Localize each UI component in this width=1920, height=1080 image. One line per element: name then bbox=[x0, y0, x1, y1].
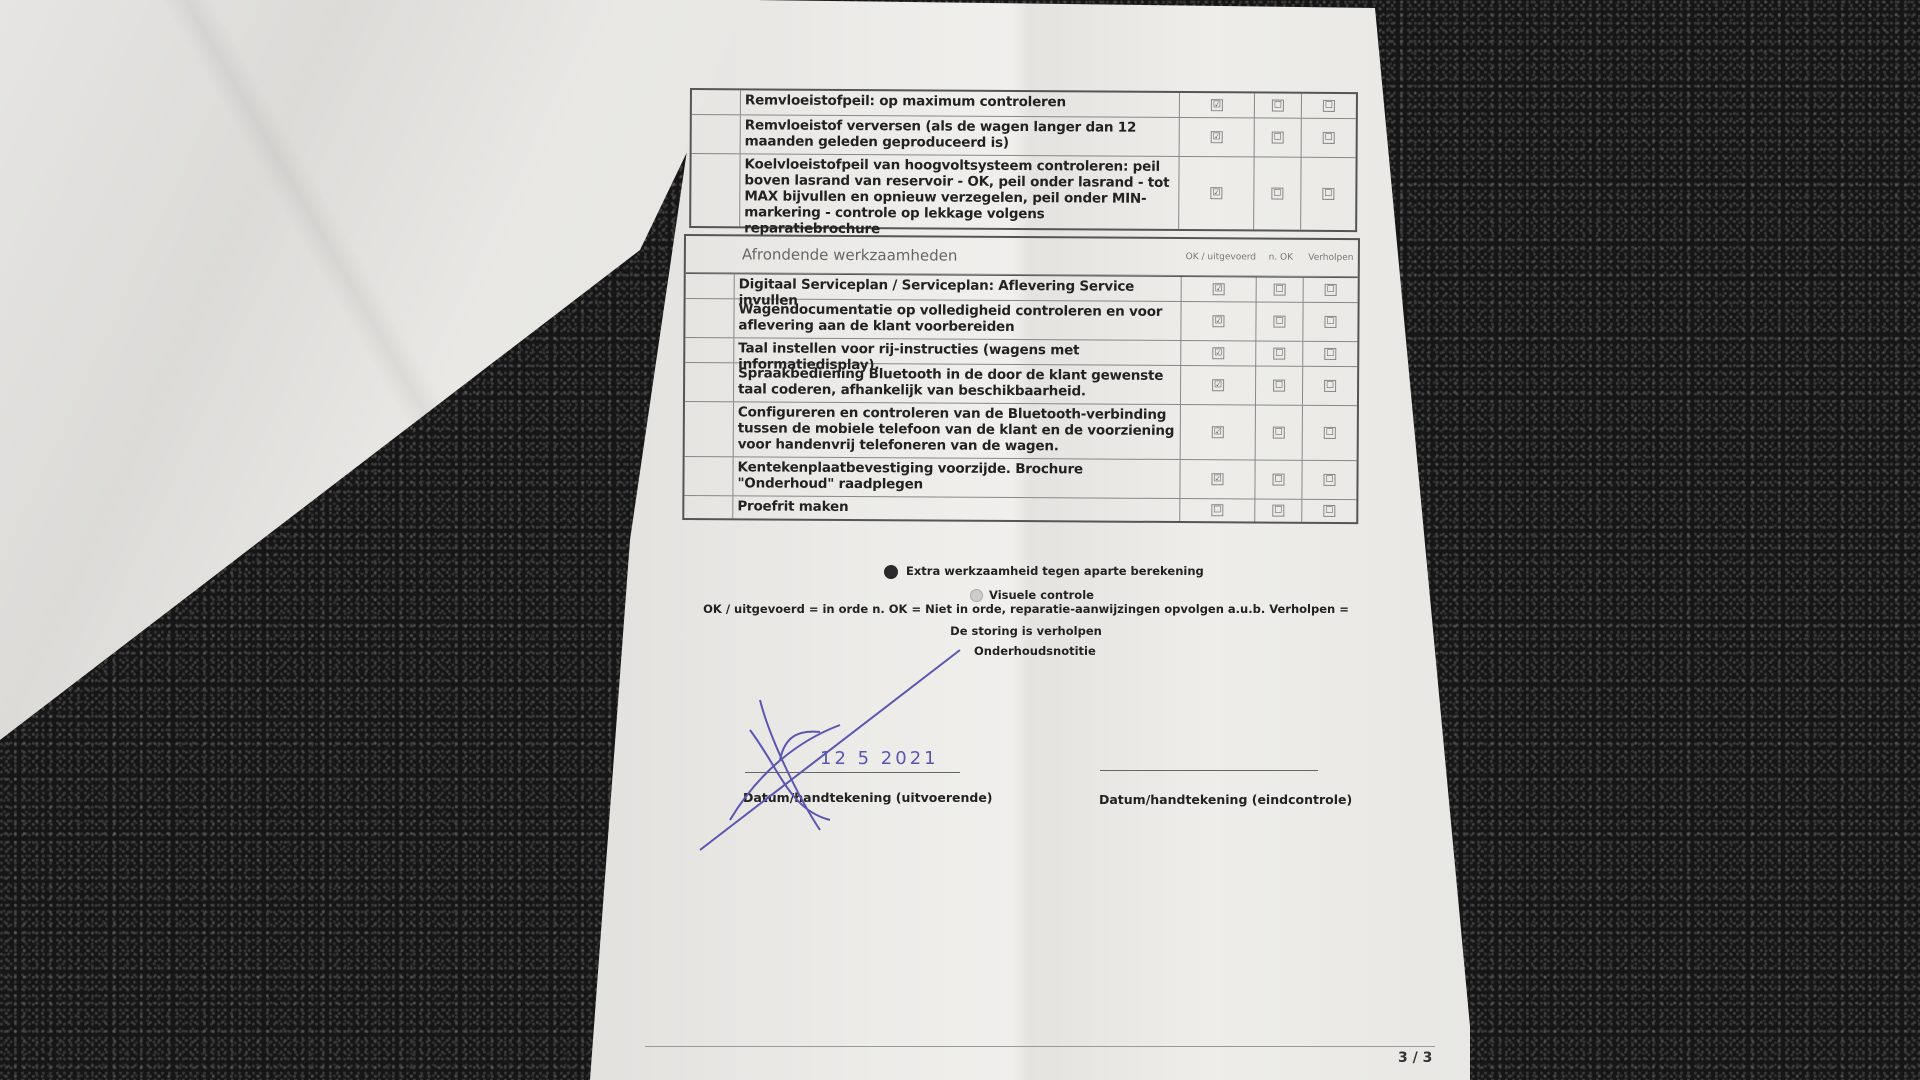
table-row: Wagendocumentatie op volledigheid contro… bbox=[685, 299, 1357, 342]
row-text: Proefrit maken bbox=[733, 496, 1179, 521]
fixed-checkbox[interactable]: ☐ bbox=[1324, 316, 1336, 328]
ok-checkbox[interactable]: ☑ bbox=[1211, 99, 1223, 111]
page-number: 3 / 3 bbox=[1398, 1050, 1432, 1066]
table-row: Kentekenplaatbevestiging voorzijde. Broc… bbox=[684, 457, 1356, 500]
fixed-checkbox[interactable]: ☐ bbox=[1323, 474, 1335, 486]
row-text: Taal instellen voor rij-instructies (wag… bbox=[734, 338, 1180, 365]
fixed-checkbox[interactable]: ☐ bbox=[1323, 132, 1335, 144]
nok-checkbox[interactable]: ☐ bbox=[1272, 474, 1284, 486]
footer-divider bbox=[645, 1046, 1435, 1047]
table-header: Afrondende werkzaamheden OK / uitgevoerd… bbox=[686, 236, 1358, 277]
nok-checkbox[interactable]: ☐ bbox=[1273, 348, 1285, 360]
col-header-ok: OK / uitgevoerd bbox=[1186, 252, 1256, 262]
row-text: Configureren en controleren van de Bluet… bbox=[734, 402, 1180, 459]
ok-checkbox[interactable]: ☑ bbox=[1212, 426, 1224, 438]
ok-checkbox[interactable]: ☑ bbox=[1211, 131, 1223, 143]
table-row: Spraakbediening Bluetooth in de door de … bbox=[685, 363, 1357, 406]
nok-checkbox[interactable]: ☐ bbox=[1273, 316, 1285, 328]
filled-circle-icon bbox=[884, 565, 898, 579]
ok-checkbox[interactable]: ☑ bbox=[1212, 347, 1224, 359]
handwritten-signature bbox=[690, 640, 990, 860]
document-content: Remvloeistofpeil: op maximum controleren… bbox=[0, 0, 1920, 1080]
table-row: Digitaal Serviceplan / Serviceplan: Afle… bbox=[686, 273, 1358, 303]
row-text: Kentekenplaatbevestiging voorzijde. Broc… bbox=[733, 457, 1179, 498]
checklist-table-fluids: Remvloeistofpeil: op maximum controleren… bbox=[689, 88, 1358, 232]
fixed-checkbox[interactable]: ☐ bbox=[1324, 380, 1336, 392]
nok-checkbox[interactable]: ☐ bbox=[1274, 284, 1286, 296]
nok-checkbox[interactable]: ☐ bbox=[1273, 427, 1285, 439]
fixed-checkbox[interactable]: ☐ bbox=[1323, 505, 1335, 517]
table-row: Proefrit maken ☐ ☐ ☐ bbox=[684, 496, 1356, 522]
row-text: Spraakbediening Bluetooth in de door de … bbox=[734, 363, 1180, 404]
legend-extra-text: Extra werkzaamheid tegen aparte berekeni… bbox=[906, 564, 1204, 578]
row-text: Remvloeistof verversen (als de wagen lan… bbox=[741, 115, 1179, 156]
ok-checkbox[interactable]: ☑ bbox=[1210, 187, 1222, 199]
fixed-checkbox[interactable]: ☐ bbox=[1323, 100, 1335, 112]
nok-checkbox[interactable]: ☐ bbox=[1272, 100, 1284, 112]
fixed-checkbox[interactable]: ☐ bbox=[1322, 188, 1334, 200]
table-row: Configureren en controleren van de Bluet… bbox=[685, 402, 1357, 461]
fixed-checkbox[interactable]: ☐ bbox=[1324, 427, 1336, 439]
table-row: Remvloeistof verversen (als de wagen lan… bbox=[692, 115, 1356, 158]
col-header-nok: n. OK bbox=[1269, 253, 1293, 263]
ok-checkbox[interactable]: ☑ bbox=[1212, 379, 1224, 391]
section-title: Afrondende werkzaamheden bbox=[686, 245, 1184, 266]
ok-checkbox[interactable]: ☑ bbox=[1211, 473, 1223, 485]
final-signature-label: Datum/handtekening (eindcontrole) bbox=[1099, 792, 1352, 807]
nok-checkbox[interactable]: ☐ bbox=[1273, 380, 1285, 392]
row-text: Koelvloeistofpeil van hoogvoltsysteem co… bbox=[740, 154, 1178, 229]
ok-checkbox[interactable]: ☑ bbox=[1213, 283, 1225, 295]
table-row: Koelvloeistofpeil van hoogvoltsysteem co… bbox=[691, 154, 1355, 230]
final-signature-line bbox=[1100, 770, 1318, 771]
row-text: Remvloeistofpeil: op maximum controleren bbox=[741, 90, 1179, 117]
row-text: Wagendocumentatie op volledigheid contro… bbox=[734, 299, 1180, 340]
legend-explanation: OK / uitgevoerd = in orde n. OK = Niet i… bbox=[696, 598, 1356, 642]
checklist-table-finishing: Afrondende werkzaamheden OK / uitgevoerd… bbox=[682, 234, 1360, 524]
nok-checkbox[interactable]: ☐ bbox=[1271, 188, 1283, 200]
legend-extra: Extra werkzaamheid tegen aparte berekeni… bbox=[884, 564, 1204, 579]
ok-checkbox[interactable]: ☑ bbox=[1212, 315, 1224, 327]
fixed-checkbox[interactable]: ☐ bbox=[1324, 348, 1336, 360]
row-text: Digitaal Serviceplan / Serviceplan: Afle… bbox=[735, 274, 1181, 301]
fixed-checkbox[interactable]: ☐ bbox=[1325, 284, 1337, 296]
nok-checkbox[interactable]: ☐ bbox=[1272, 505, 1284, 517]
nok-checkbox[interactable]: ☐ bbox=[1272, 132, 1284, 144]
col-header-fixed: Verholpen bbox=[1308, 253, 1353, 263]
maintenance-note-label: Onderhoudsnotitie bbox=[974, 644, 1096, 658]
ok-checkbox[interactable]: ☐ bbox=[1211, 504, 1223, 516]
